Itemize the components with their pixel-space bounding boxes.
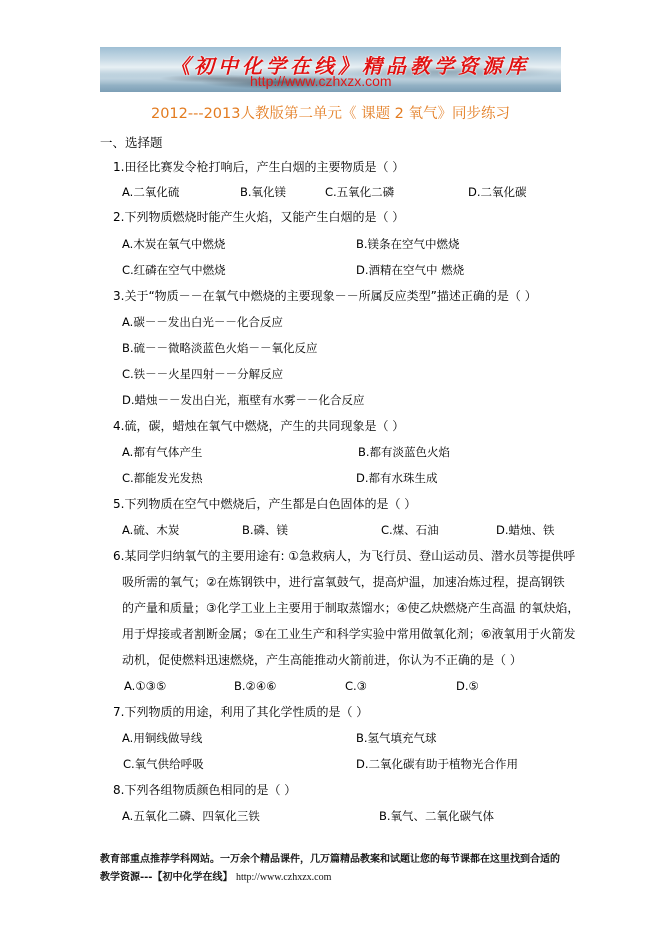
q5-option-b: B.磷、镁 xyxy=(242,523,288,537)
q4-option-a: A.都有气体产生 xyxy=(122,445,202,459)
footer-promo-text: 教学资源---【初中化学在线】 xyxy=(100,872,232,883)
q6-option-d: D.⑤ xyxy=(456,679,479,693)
q1-option-a: A.二氧化硫 xyxy=(122,185,179,199)
q3-option-b: B.硫－－微略淡蓝色火焰－－氧化反应 xyxy=(122,341,318,355)
site-banner: 《初中化学在线》精品教学资源库 http://www.czhxzx.com xyxy=(100,47,561,92)
document-title: 2012---2013人教版第二单元《 课题 2 氧气》同步练习 xyxy=(0,102,661,123)
q1-option-c: C.五氧化二磷 xyxy=(325,185,394,199)
question-1-stem: 1.田径比赛发令枪打响后，产生白烟的主要物质是（ ） xyxy=(113,160,404,174)
q2-option-b: B.镁条在空气中燃烧 xyxy=(356,237,460,251)
question-6-stem-line-3: 的产量和质量；③化学工业上主要用于制取蒸馏水；④使乙炔燃烧产生高温 的氧炔焰， xyxy=(122,601,579,615)
question-8-stem: 8.下列各组物质颜色相同的是（ ） xyxy=(113,783,296,797)
q3-option-a: A.碳－－发出白光－－化合反应 xyxy=(122,315,283,329)
q3-option-d: D.蜡烛－－发出白光，瓶壁有水雾－－化合反应 xyxy=(122,393,365,407)
q5-option-c: C.煤、石油 xyxy=(381,523,439,537)
question-4-stem: 4.硫，碳，蜡烛在氧气中燃烧，产生的共同现象是（ ） xyxy=(113,419,404,433)
q4-option-b: B.都有淡蓝色火焰 xyxy=(358,445,450,459)
question-6-stem-line-4: 用于焊接或者割断金属；⑤在工业生产和科学实验中常用做氧化剂；⑥液氧用于火箭发 xyxy=(122,627,576,641)
q3-option-c: C.铁－－火星四射－－分解反应 xyxy=(122,367,283,381)
question-3-stem: 3.关于“物质－－在氧气中燃烧的主要现象－－所属反应类型”描述正确的是（ ） xyxy=(113,289,537,303)
footer-promo-line-2: 教学资源---【初中化学在线】 http://www.czhxzx.com xyxy=(100,868,331,883)
question-6-stem-line-2: 吸所需的氧气；②在炼钢铁中，进行富氧鼓气，提高炉温，加速冶炼过程，提高钢铁 xyxy=(122,575,565,589)
q4-option-d: D.都有水珠生成 xyxy=(356,471,438,485)
question-5-stem: 5.下列物质在空气中燃烧后，产生都是白色固体的是（ ） xyxy=(113,497,416,511)
q6-option-c: C.③ xyxy=(345,679,367,693)
q5-option-a: A.硫、木炭 xyxy=(122,523,179,537)
question-6-stem-line-5: 动机，促使燃料迅速燃烧，产生高能推动火箭前进，你认为不正确的是（ ） xyxy=(122,653,522,667)
q7-option-a: A.用铜线做导线 xyxy=(122,731,202,745)
q6-option-a: A.①③⑤ xyxy=(124,679,166,693)
q7-option-b: B.氢气填充气球 xyxy=(356,731,437,745)
footer-url-link[interactable]: http://www.czhxzx.com xyxy=(236,872,331,883)
q2-option-d: D.酒精在空气中 燃烧 xyxy=(356,263,464,277)
banner-url[interactable]: http://www.czhxzx.com xyxy=(250,73,392,89)
q5-option-d: D.蜡烛、铁 xyxy=(496,523,555,537)
question-2-stem: 2.下列物质燃烧时能产生火焰，又能产生白烟的是（ ） xyxy=(113,210,404,224)
q6-option-b: B.②④⑥ xyxy=(234,679,276,693)
question-6-stem-line-1: 6.某同学归纳氧气的主要用途有: ①急救病人，为飞行员、登山运动员、潜水员等提供… xyxy=(113,549,575,563)
section-heading: 一、选择题 xyxy=(100,136,163,150)
q8-option-b: B.氧气、二氧化碳气体 xyxy=(379,809,494,823)
q1-option-d: D.二氧化碳 xyxy=(468,185,527,199)
q4-option-c: C.都能发光发热 xyxy=(122,471,203,485)
q1-option-b: B.氧化镁 xyxy=(240,185,286,199)
q8-option-a: A.五氧化二磷、四氧化三铁 xyxy=(122,809,260,823)
q7-option-c: C.氧气供给呼吸 xyxy=(123,757,204,771)
q2-option-c: C.红磷在空气中燃烧 xyxy=(122,263,226,277)
q2-option-a: A.木炭在氧气中燃烧 xyxy=(122,237,225,251)
footer-promo-line-1: 教育部重点推荐学科网站。一万余个精品课件，几万篇精品教案和试题让您的每节课都在这… xyxy=(100,850,560,865)
q7-option-d: D.二氧化碳有助于植物光合作用 xyxy=(356,757,518,771)
question-7-stem: 7.下列物质的用途，利用了其化学性质的是（ ） xyxy=(113,705,368,719)
